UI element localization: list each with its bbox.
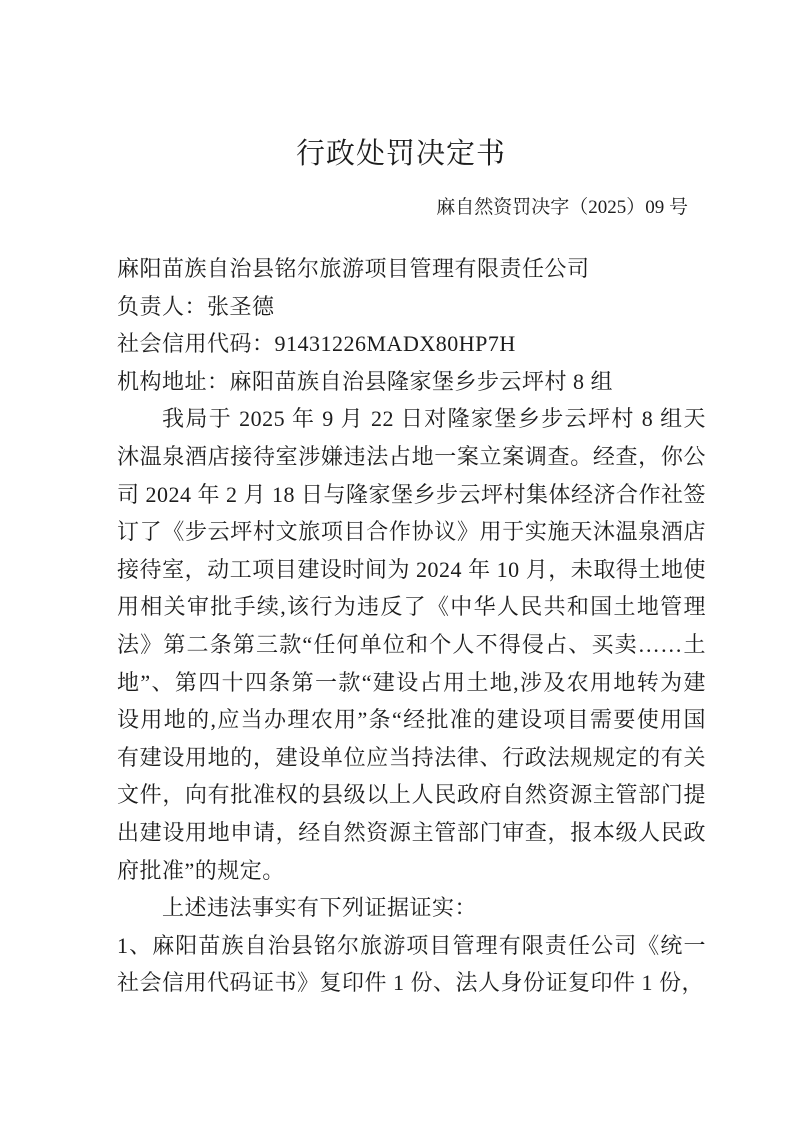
party-credit-code: 社会信用代码：91431226MADX80HP7H — [117, 325, 706, 363]
document-title: 行政处罚决定书 — [96, 132, 706, 176]
party-company-name: 麻阳苗族自治县铭尔旅游项目管理有限责任公司 — [117, 250, 706, 288]
paragraph-violation-facts: 我局于 2025 年 9 月 22 日对隆家堡乡步云坪村 8 组天沐温泉酒店接待… — [117, 400, 706, 889]
party-legal-representative: 负责人：张圣德 — [117, 288, 706, 326]
document-page: 行政处罚决定书 麻自然资罚决字（2025）09 号 麻阳苗族自治县铭尔旅游项目管… — [0, 0, 793, 1122]
paragraph-evidence-intro: 上述违法事实有下列证据证实： — [117, 889, 706, 927]
doc-number: 麻自然资罚决字（2025）09 号 — [117, 193, 688, 223]
document-body: 麻阳苗族自治县铭尔旅游项目管理有限责任公司 负责人：张圣德 社会信用代码：914… — [117, 250, 706, 1002]
party-address: 机构地址：麻阳苗族自治县隆家堡乡步云坪村 8 组 — [117, 363, 706, 401]
paragraph-evidence-item-1: 1、麻阳苗族自治县铭尔旅游项目管理有限责任公司《统一社会信用代码证书》复印件 1… — [117, 927, 706, 1002]
